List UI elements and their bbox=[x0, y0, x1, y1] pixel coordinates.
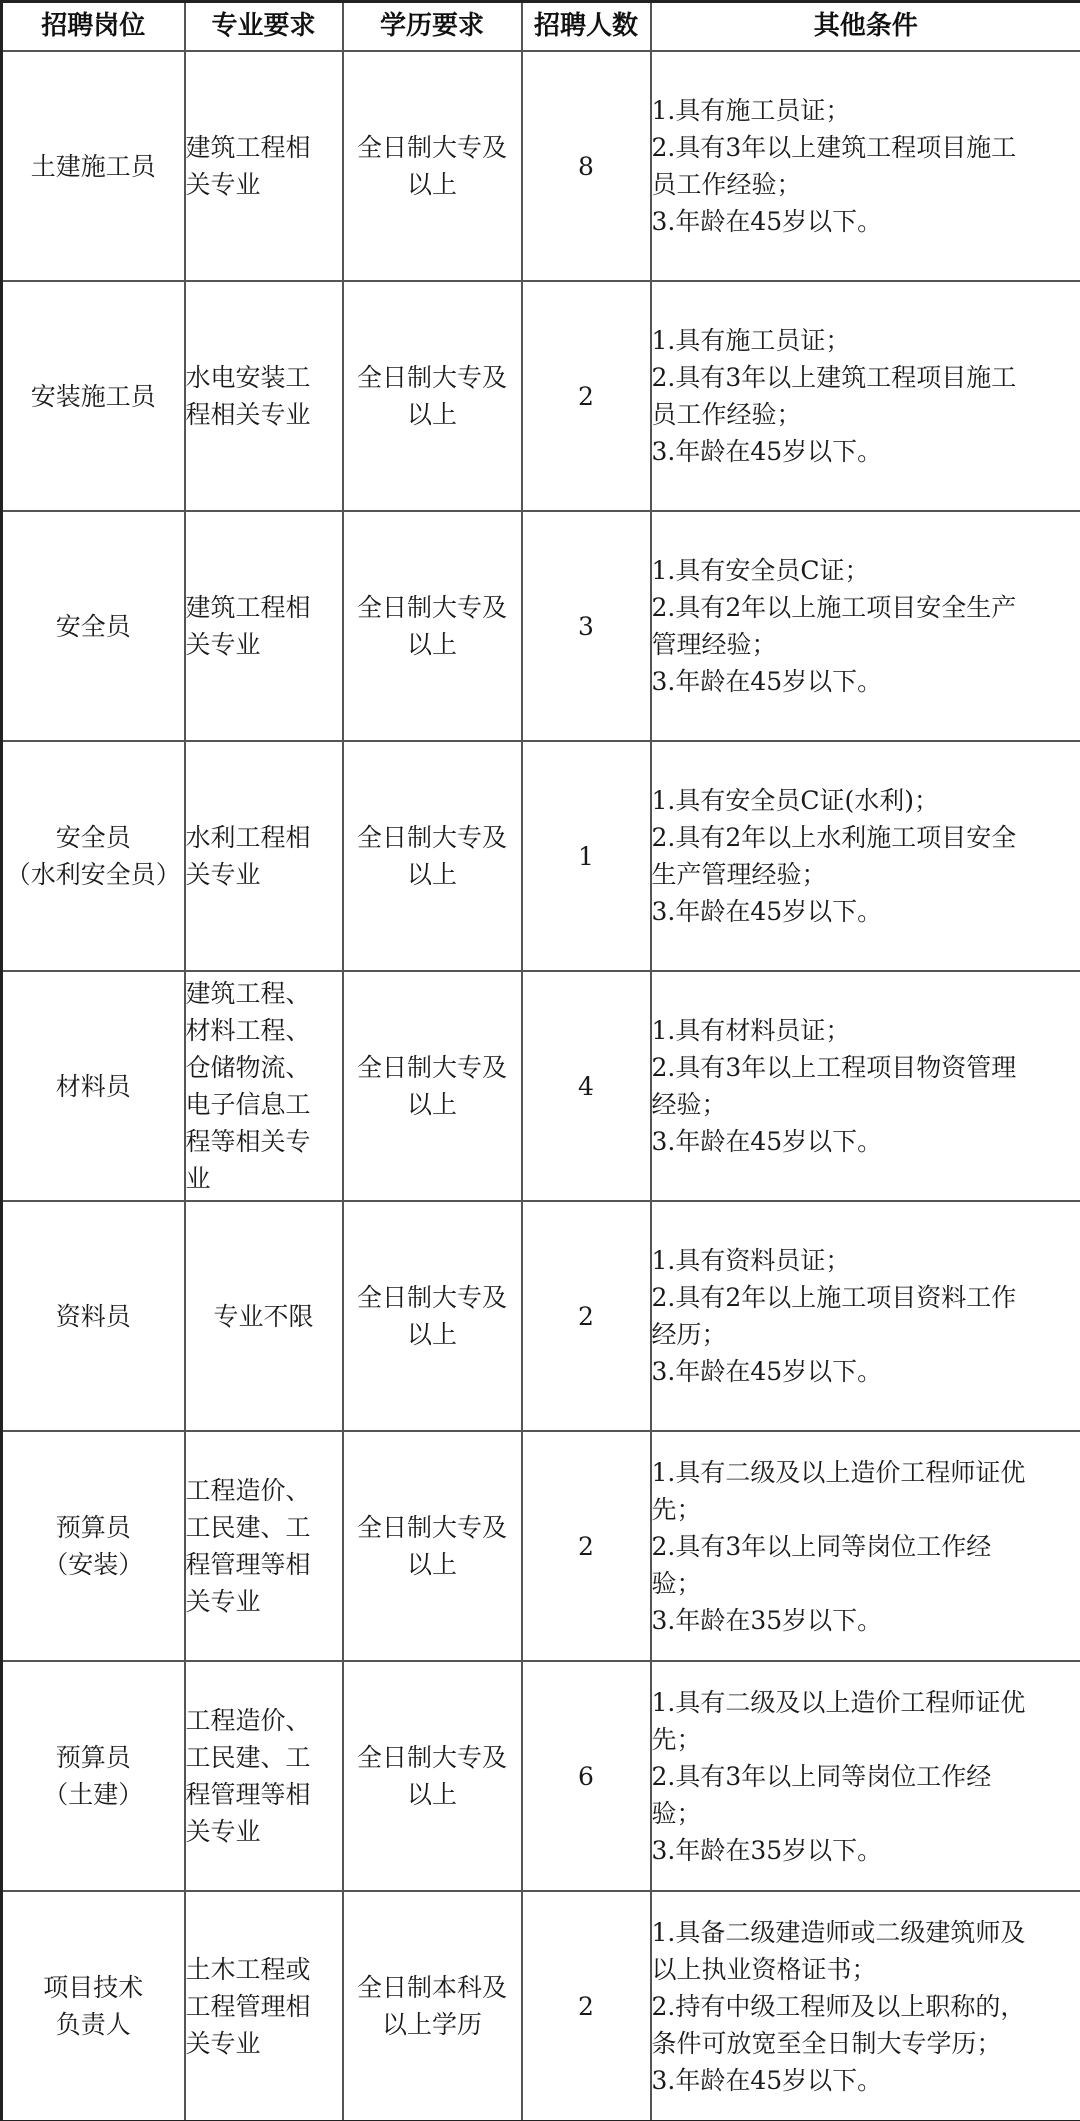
cell-major: 建筑工程相关专业 bbox=[185, 51, 343, 281]
cell-conditions-line: 1.具有材料员证； bbox=[652, 1012, 1080, 1049]
cell-position-line: 土建施工员 bbox=[3, 148, 184, 185]
cell-conditions-line: 1.具备二级建造师或二级建筑师及 bbox=[652, 1914, 1080, 1951]
cell-conditions-line: 1.具有安全员C证； bbox=[652, 552, 1080, 589]
cell-education-line: 以上 bbox=[344, 1086, 521, 1123]
cell-education-line: 全日制大专及 bbox=[344, 589, 521, 626]
cell-conditions: 1.具有材料员证；2.具有3年以上工程项目物资管理经验；3.年龄在45岁以下。 bbox=[651, 971, 1080, 1201]
table-row: 安全员（水利安全员）水利工程相关专业全日制大专及以上11.具有安全员C证(水利)… bbox=[2, 741, 1080, 971]
cell-position: 安全员 bbox=[2, 511, 185, 741]
cell-major: 建筑工程相关专业 bbox=[185, 511, 343, 741]
cell-count: 2 bbox=[522, 1201, 651, 1431]
cell-major-line: 关专业 bbox=[186, 2025, 342, 2062]
table-header-row: 招聘岗位 专业要求 学历要求 招聘人数 其他条件 bbox=[2, 2, 1080, 52]
cell-position-line: 资料员 bbox=[3, 1298, 184, 1335]
cell-conditions: 1.具有二级及以上造价工程师证优先；2.具有3年以上同等岗位工作经验；3.年龄在… bbox=[651, 1431, 1080, 1661]
cell-education-line: 全日制大专及 bbox=[344, 359, 521, 396]
table-row: 安全员建筑工程相关专业全日制大专及以上31.具有安全员C证；2.具有2年以上施工… bbox=[2, 511, 1080, 741]
cell-conditions-line: 1.具有资料员证； bbox=[652, 1242, 1080, 1279]
cell-conditions-line: 条件可放宽至全日制大专学历； bbox=[652, 2025, 1080, 2062]
cell-education-line: 全日制大专及 bbox=[344, 1509, 521, 1546]
cell-conditions-line: 3.年龄在45岁以下。 bbox=[652, 893, 1080, 930]
table-row: 预算员（土建）工程造价、工民建、工程管理等相关专业全日制大专及以上61.具有二级… bbox=[2, 1661, 1080, 1891]
cell-education-line: 以上 bbox=[344, 1316, 521, 1353]
table-body: 土建施工员建筑工程相关专业全日制大专及以上81.具有施工员证；2.具有3年以上建… bbox=[2, 51, 1080, 2121]
cell-major-line: 建筑工程、 bbox=[186, 975, 342, 1012]
cell-count: 2 bbox=[522, 1891, 651, 2121]
cell-position-line: 安装施工员 bbox=[3, 378, 184, 415]
cell-position: 材料员 bbox=[2, 971, 185, 1201]
cell-conditions-line: 员工作经验； bbox=[652, 396, 1080, 433]
cell-position-line: 安全员 bbox=[3, 819, 184, 856]
cell-major-line: 水电安装工 bbox=[186, 359, 342, 396]
cell-major-line: 程管理等相 bbox=[186, 1776, 342, 1813]
cell-education-line: 全日制大专及 bbox=[344, 1739, 521, 1776]
cell-major-line: 业 bbox=[186, 1160, 342, 1197]
cell-conditions-line: 以上执业资格证书； bbox=[652, 1951, 1080, 1988]
cell-conditions: 1.具有安全员C证；2.具有2年以上施工项目安全生产管理经验；3.年龄在45岁以… bbox=[651, 511, 1080, 741]
cell-major: 土木工程或工程管理相关专业 bbox=[185, 1891, 343, 2121]
cell-conditions-line: 1.具有施工员证； bbox=[652, 322, 1080, 359]
cell-count: 6 bbox=[522, 1661, 651, 1891]
cell-position-line: 项目技术 bbox=[3, 1969, 184, 2006]
cell-conditions-line: 经历； bbox=[652, 1316, 1080, 1353]
cell-major-line: 关专业 bbox=[186, 1813, 342, 1850]
cell-conditions-line: 3.年龄在45岁以下。 bbox=[652, 1353, 1080, 1390]
cell-education: 全日制大专及以上 bbox=[343, 1661, 522, 1891]
cell-conditions-line: 1.具有施工员证； bbox=[652, 92, 1080, 129]
cell-conditions-line: 3.年龄在35岁以下。 bbox=[652, 1602, 1080, 1639]
cell-count: 3 bbox=[522, 511, 651, 741]
cell-conditions-line: 先； bbox=[652, 1721, 1080, 1758]
cell-position: 预算员（土建） bbox=[2, 1661, 185, 1891]
cell-major-line: 工民建、工 bbox=[186, 1739, 342, 1776]
cell-education-line: 以上 bbox=[344, 856, 521, 893]
cell-major-line: 关专业 bbox=[186, 626, 342, 663]
cell-conditions-line: 管理经验； bbox=[652, 626, 1080, 663]
cell-conditions-line: 先； bbox=[652, 1491, 1080, 1528]
cell-education-line: 以上学历 bbox=[344, 2006, 521, 2043]
cell-conditions-line: 1.具有二级及以上造价工程师证优 bbox=[652, 1454, 1080, 1491]
cell-conditions-line: 经验； bbox=[652, 1086, 1080, 1123]
cell-conditions-line: 2.具有3年以上建筑工程项目施工 bbox=[652, 359, 1080, 396]
cell-conditions-line: 1.具有安全员C证(水利)； bbox=[652, 782, 1080, 819]
cell-major-line: 土木工程或 bbox=[186, 1951, 342, 1988]
cell-major: 专业不限 bbox=[185, 1201, 343, 1431]
cell-major: 水利工程相关专业 bbox=[185, 741, 343, 971]
cell-conditions-line: 2.具有3年以上同等岗位工作经 bbox=[652, 1758, 1080, 1795]
cell-count: 4 bbox=[522, 971, 651, 1201]
cell-major-line: 关专业 bbox=[186, 166, 342, 203]
cell-education: 全日制大专及以上 bbox=[343, 741, 522, 971]
cell-conditions-line: 3.年龄在45岁以下。 bbox=[652, 433, 1080, 470]
cell-count: 1 bbox=[522, 741, 651, 971]
cell-conditions-line: 2.具有3年以上同等岗位工作经 bbox=[652, 1528, 1080, 1565]
table-row: 项目技术负责人土木工程或工程管理相关专业全日制本科及以上学历21.具备二级建造师… bbox=[2, 1891, 1080, 2121]
table-row: 土建施工员建筑工程相关专业全日制大专及以上81.具有施工员证；2.具有3年以上建… bbox=[2, 51, 1080, 281]
cell-education-line: 以上 bbox=[344, 626, 521, 663]
cell-major-line: 关专业 bbox=[186, 856, 342, 893]
cell-conditions-line: 生产管理经验； bbox=[652, 856, 1080, 893]
cell-education-line: 全日制大专及 bbox=[344, 129, 521, 166]
cell-conditions: 1.具有二级及以上造价工程师证优先；2.具有3年以上同等岗位工作经验；3.年龄在… bbox=[651, 1661, 1080, 1891]
header-conditions: 其他条件 bbox=[651, 2, 1080, 52]
cell-major: 建筑工程、材料工程、仓储物流、电子信息工程等相关专业 bbox=[185, 971, 343, 1201]
cell-education: 全日制本科及以上学历 bbox=[343, 1891, 522, 2121]
cell-conditions-line: 3.年龄在45岁以下。 bbox=[652, 203, 1080, 240]
table-row: 资料员专业不限全日制大专及以上21.具有资料员证；2.具有2年以上施工项目资料工… bbox=[2, 1201, 1080, 1431]
recruitment-table: 招聘岗位 专业要求 学历要求 招聘人数 其他条件 土建施工员建筑工程相关专业全日… bbox=[0, 0, 1080, 2121]
cell-conditions: 1.具备二级建造师或二级建筑师及以上执业资格证书；2.持有中级工程师及以上职称的… bbox=[651, 1891, 1080, 2121]
cell-conditions: 1.具有安全员C证(水利)；2.具有2年以上水利施工项目安全生产管理经验；3.年… bbox=[651, 741, 1080, 971]
cell-position-line: 负责人 bbox=[3, 2006, 184, 2043]
cell-count: 8 bbox=[522, 51, 651, 281]
cell-conditions-line: 3.年龄在45岁以下。 bbox=[652, 1123, 1080, 1160]
cell-major-line: 材料工程、 bbox=[186, 1012, 342, 1049]
cell-position: 预算员（安装） bbox=[2, 1431, 185, 1661]
cell-major-line: 水利工程相 bbox=[186, 819, 342, 856]
cell-major-line: 电子信息工 bbox=[186, 1086, 342, 1123]
cell-conditions-line: 3.年龄在35岁以下。 bbox=[652, 1832, 1080, 1869]
cell-position-line: 预算员 bbox=[3, 1739, 184, 1776]
cell-education-line: 全日制本科及 bbox=[344, 1969, 521, 2006]
cell-education-line: 以上 bbox=[344, 396, 521, 433]
cell-position: 项目技术负责人 bbox=[2, 1891, 185, 2121]
cell-conditions-line: 2.持有中级工程师及以上职称的， bbox=[652, 1988, 1080, 2025]
cell-education: 全日制大专及以上 bbox=[343, 281, 522, 511]
cell-conditions-line: 2.具有3年以上工程项目物资管理 bbox=[652, 1049, 1080, 1086]
header-education: 学历要求 bbox=[343, 2, 522, 52]
cell-count: 2 bbox=[522, 1431, 651, 1661]
cell-education: 全日制大专及以上 bbox=[343, 511, 522, 741]
table-row: 材料员建筑工程、材料工程、仓储物流、电子信息工程等相关专业全日制大专及以上41.… bbox=[2, 971, 1080, 1201]
cell-major: 水电安装工程相关专业 bbox=[185, 281, 343, 511]
cell-count: 2 bbox=[522, 281, 651, 511]
cell-position-line: 预算员 bbox=[3, 1509, 184, 1546]
cell-conditions-line: 2.具有2年以上施工项目资料工作 bbox=[652, 1279, 1080, 1316]
cell-conditions: 1.具有施工员证；2.具有3年以上建筑工程项目施工员工作经验；3.年龄在45岁以… bbox=[651, 51, 1080, 281]
cell-conditions-line: 员工作经验； bbox=[652, 166, 1080, 203]
cell-position-line: 安全员 bbox=[3, 608, 184, 645]
cell-major-line: 建筑工程相 bbox=[186, 129, 342, 166]
cell-conditions-line: 2.具有2年以上水利施工项目安全 bbox=[652, 819, 1080, 856]
cell-education: 全日制大专及以上 bbox=[343, 1431, 522, 1661]
table-row: 预算员（安装）工程造价、工民建、工程管理等相关专业全日制大专及以上21.具有二级… bbox=[2, 1431, 1080, 1661]
table-row: 安装施工员水电安装工程相关专业全日制大专及以上21.具有施工员证；2.具有3年以… bbox=[2, 281, 1080, 511]
header-count: 招聘人数 bbox=[522, 2, 651, 52]
cell-major-line: 工民建、工 bbox=[186, 1509, 342, 1546]
cell-major-line: 关专业 bbox=[186, 1583, 342, 1620]
cell-position-line: （水利安全员） bbox=[3, 856, 184, 893]
cell-education: 全日制大专及以上 bbox=[343, 1201, 522, 1431]
cell-education-line: 全日制大专及 bbox=[344, 1279, 521, 1316]
cell-major-line: 专业不限 bbox=[186, 1298, 342, 1335]
cell-major-line: 程管理等相 bbox=[186, 1546, 342, 1583]
cell-major: 工程造价、工民建、工程管理等相关专业 bbox=[185, 1431, 343, 1661]
cell-education: 全日制大专及以上 bbox=[343, 971, 522, 1201]
cell-education: 全日制大专及以上 bbox=[343, 51, 522, 281]
cell-major: 工程造价、工民建、工程管理等相关专业 bbox=[185, 1661, 343, 1891]
cell-position: 安装施工员 bbox=[2, 281, 185, 511]
cell-position-line: （土建） bbox=[3, 1776, 184, 1813]
cell-position: 资料员 bbox=[2, 1201, 185, 1431]
cell-education-line: 全日制大专及 bbox=[344, 819, 521, 856]
cell-position-line: 材料员 bbox=[3, 1068, 184, 1105]
cell-education-line: 全日制大专及 bbox=[344, 1049, 521, 1086]
cell-education-line: 以上 bbox=[344, 1546, 521, 1583]
cell-conditions: 1.具有资料员证；2.具有2年以上施工项目资料工作经历；3.年龄在45岁以下。 bbox=[651, 1201, 1080, 1431]
cell-position: 土建施工员 bbox=[2, 51, 185, 281]
cell-conditions: 1.具有施工员证；2.具有3年以上建筑工程项目施工员工作经验；3.年龄在45岁以… bbox=[651, 281, 1080, 511]
cell-education-line: 以上 bbox=[344, 166, 521, 203]
cell-conditions-line: 3.年龄在45岁以下。 bbox=[652, 2062, 1080, 2099]
cell-position: 安全员（水利安全员） bbox=[2, 741, 185, 971]
cell-education-line: 以上 bbox=[344, 1776, 521, 1813]
cell-conditions-line: 2.具有2年以上施工项目安全生产 bbox=[652, 589, 1080, 626]
cell-major-line: 程相关专业 bbox=[186, 396, 342, 433]
cell-major-line: 仓储物流、 bbox=[186, 1049, 342, 1086]
cell-major-line: 建筑工程相 bbox=[186, 589, 342, 626]
cell-conditions-line: 3.年龄在45岁以下。 bbox=[652, 663, 1080, 700]
cell-major-line: 工程管理相 bbox=[186, 1988, 342, 2025]
cell-conditions-line: 验； bbox=[652, 1795, 1080, 1832]
cell-major-line: 工程造价、 bbox=[186, 1702, 342, 1739]
cell-position-line: （安装） bbox=[3, 1546, 184, 1583]
cell-major-line: 工程造价、 bbox=[186, 1472, 342, 1509]
header-position: 招聘岗位 bbox=[2, 2, 185, 52]
cell-major-line: 程等相关专 bbox=[186, 1123, 342, 1160]
header-major: 专业要求 bbox=[185, 2, 343, 52]
cell-conditions-line: 1.具有二级及以上造价工程师证优 bbox=[652, 1684, 1080, 1721]
cell-conditions-line: 2.具有3年以上建筑工程项目施工 bbox=[652, 129, 1080, 166]
cell-conditions-line: 验； bbox=[652, 1565, 1080, 1602]
